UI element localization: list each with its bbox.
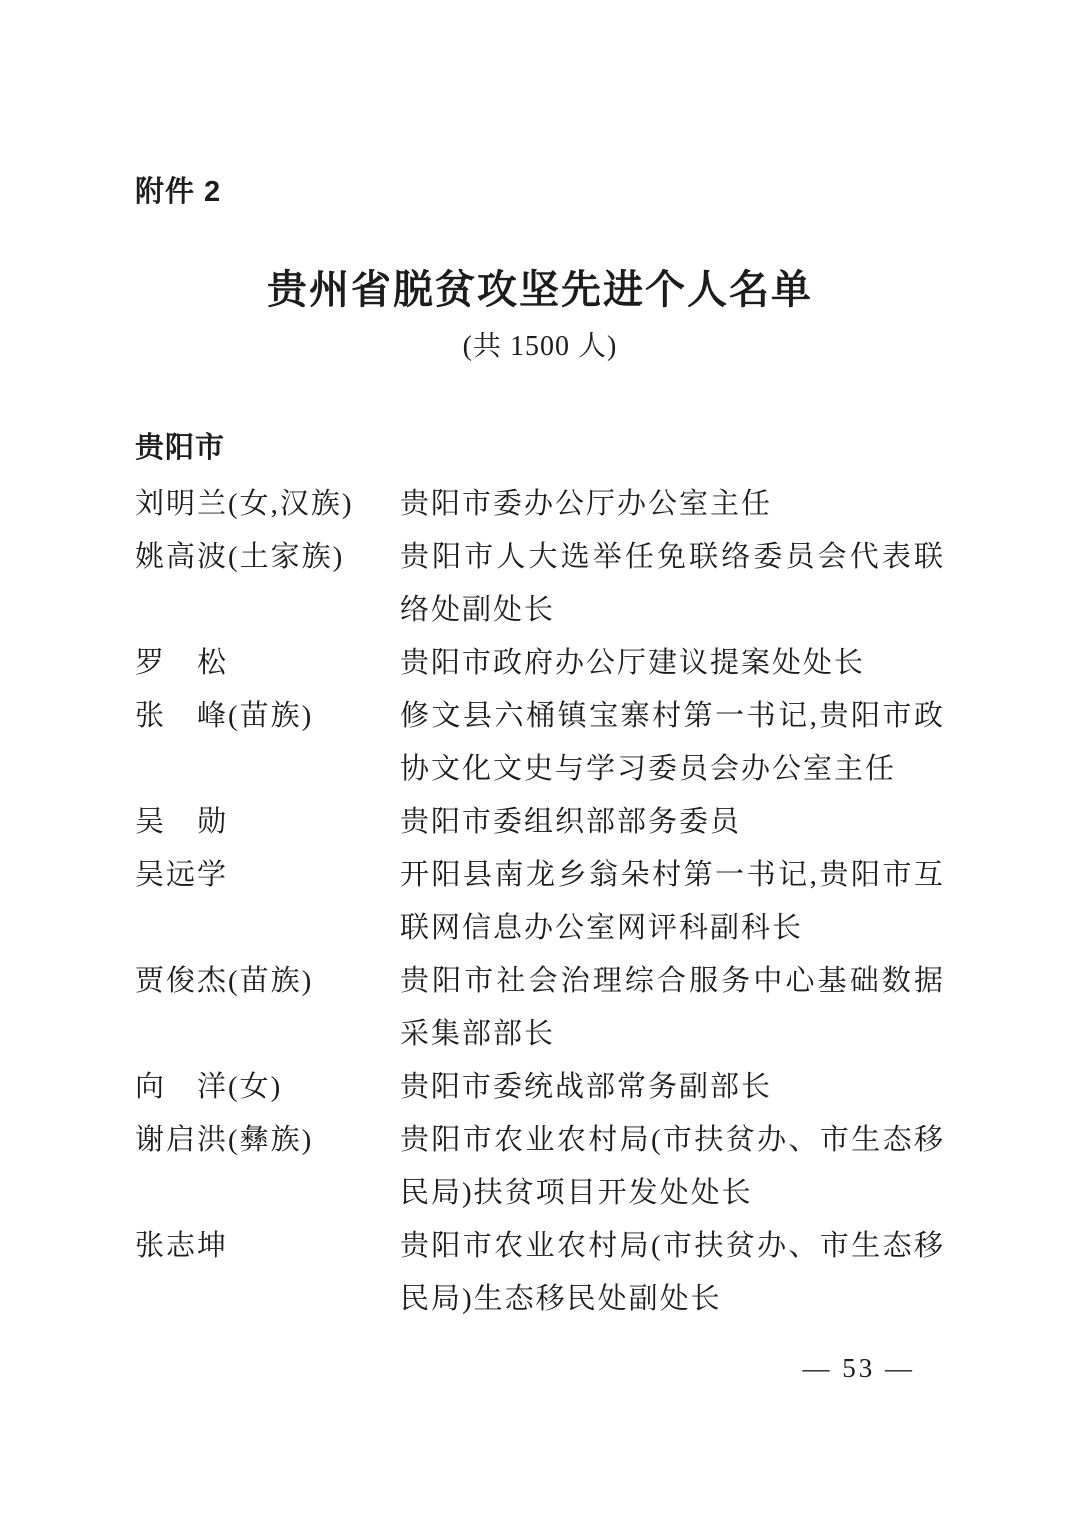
list-item: 张志坤 贵阳市农业农村局(市扶贫办、市生态移民局)生态移民处副处长 — [135, 1220, 945, 1326]
person-name: 刘明兰(女,汉族) — [135, 478, 400, 531]
person-position: 贵阳市农业农村局(市扶贫办、市生态移民局)扶贫项目开发处处长 — [400, 1114, 945, 1220]
person-position: 贵阳市委统战部常务副部长 — [400, 1061, 945, 1114]
list-item: 谢启洪(彝族) 贵阳市农业农村局(市扶贫办、市生态移民局)扶贫项目开发处处长 — [135, 1114, 945, 1220]
person-name: 谢启洪(彝族) — [135, 1114, 400, 1167]
list-item: 吴远学 开阳县南龙乡翁朵村第一书记,贵阳市互联网信息办公室网评科副科长 — [135, 849, 945, 955]
list-item: 姚高波(土家族) 贵阳市人大选举任免联络委员会代表联络处副处长 — [135, 531, 945, 637]
page-title: 贵州省脱贫攻坚先进个人名单 — [135, 265, 945, 315]
page-subtitle: (共 1500 人) — [135, 329, 945, 365]
person-name: 贾俊杰(苗族) — [135, 955, 400, 1008]
section-title-guiyang: 贵阳市 — [135, 431, 945, 465]
person-position: 开阳县南龙乡翁朵村第一书记,贵阳市互联网信息办公室网评科副科长 — [400, 849, 945, 955]
person-name: 罗 松 — [135, 637, 400, 690]
person-name: 张 峰(苗族) — [135, 690, 400, 743]
person-position: 贵阳市社会治理综合服务中心基础数据采集部部长 — [400, 955, 945, 1061]
entries-list: 刘明兰(女,汉族) 贵阳市委办公厅办公室主任 姚高波(土家族) 贵阳市人大选举任… — [135, 478, 945, 1326]
person-name: 吴远学 — [135, 849, 400, 902]
list-item: 张 峰(苗族) 修文县六桶镇宝寨村第一书记,贵阳市政协文化文史与学习委员会办公室… — [135, 690, 945, 796]
page-number: — 53 — — [803, 1352, 916, 1384]
list-item: 贾俊杰(苗族) 贵阳市社会治理综合服务中心基础数据采集部部长 — [135, 955, 945, 1061]
attachment-label: 附件 2 — [135, 175, 945, 209]
person-position: 贵阳市委办公厅办公室主任 — [400, 478, 945, 531]
list-item: 向 洋(女) 贵阳市委统战部常务副部长 — [135, 1061, 945, 1114]
person-name: 向 洋(女) — [135, 1061, 400, 1114]
person-position: 贵阳市政府办公厅建议提案处处长 — [400, 637, 945, 690]
person-name: 吴 勋 — [135, 796, 400, 849]
list-item: 罗 松 贵阳市政府办公厅建议提案处处长 — [135, 637, 945, 690]
person-position: 贵阳市委组织部部务委员 — [400, 796, 945, 849]
person-name: 姚高波(土家族) — [135, 531, 400, 584]
list-item: 刘明兰(女,汉族) 贵阳市委办公厅办公室主任 — [135, 478, 945, 531]
person-position: 贵阳市农业农村局(市扶贫办、市生态移民局)生态移民处副处长 — [400, 1220, 945, 1326]
person-position: 修文县六桶镇宝寨村第一书记,贵阳市政协文化文史与学习委员会办公室主任 — [400, 690, 945, 796]
document-page: 附件 2 贵州省脱贫攻坚先进个人名单 (共 1500 人) 贵阳市 刘明兰(女,… — [0, 0, 1080, 1527]
list-item: 吴 勋 贵阳市委组织部部务委员 — [135, 796, 945, 849]
person-position: 贵阳市人大选举任免联络委员会代表联络处副处长 — [400, 531, 945, 637]
person-name: 张志坤 — [135, 1220, 400, 1273]
